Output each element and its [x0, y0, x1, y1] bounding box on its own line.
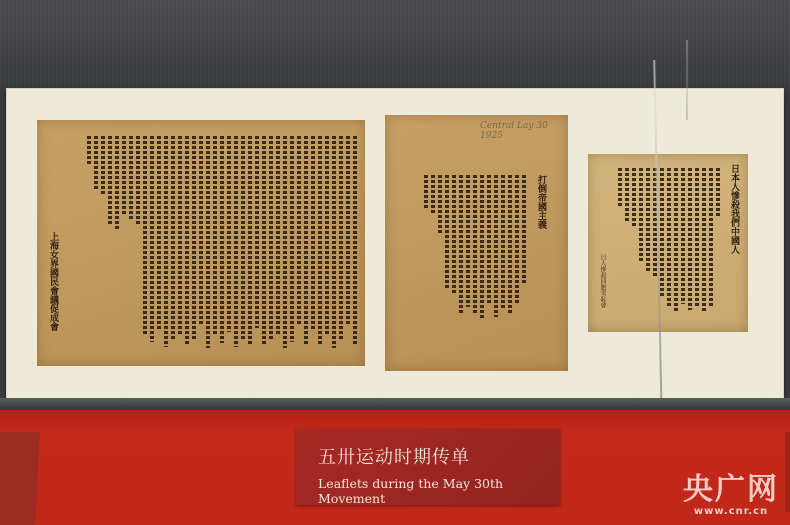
leaflet-signature: 日人慘殺同胞雪恥會: [598, 254, 607, 308]
watermark-logo: 央广网: [676, 474, 786, 506]
leaflet-signature: 上海女界國民會議促成會: [47, 232, 60, 331]
adjacent-label-panel: [0, 432, 40, 525]
leaflet-women-association: 上海女界國民會議促成會: [37, 120, 365, 366]
label-chinese: 五卅运动时期传单: [318, 443, 470, 469]
text-columns: [87, 136, 357, 351]
handwritten-note: Central Lay 30 1925: [480, 121, 568, 141]
glass-reflection: [686, 40, 688, 120]
exhibit-label: 五卅运动时期传单 Leaflets during the May 30th Mo…: [296, 429, 560, 505]
leaflet-title: 打倒帝國主義: [535, 175, 548, 229]
watermark: 央广网 www.cnr.cn: [676, 474, 786, 517]
display-case-wall: [0, 0, 790, 100]
leaflet-down-with-imperialism: Central Lay 30 1925 打倒帝國主義: [385, 115, 568, 371]
label-english: Leaflets during the May 30th Movement: [318, 476, 560, 506]
leaflet-title: 日本人慘殺我們中國人: [728, 164, 741, 254]
text-columns: [618, 168, 720, 318]
text-columns: [424, 175, 526, 325]
watermark-url: www.cnr.cn: [676, 506, 786, 517]
leaflet-japanese-killing: 日本人慘殺我們中國人 日人慘殺同胞雪恥會: [588, 154, 748, 332]
